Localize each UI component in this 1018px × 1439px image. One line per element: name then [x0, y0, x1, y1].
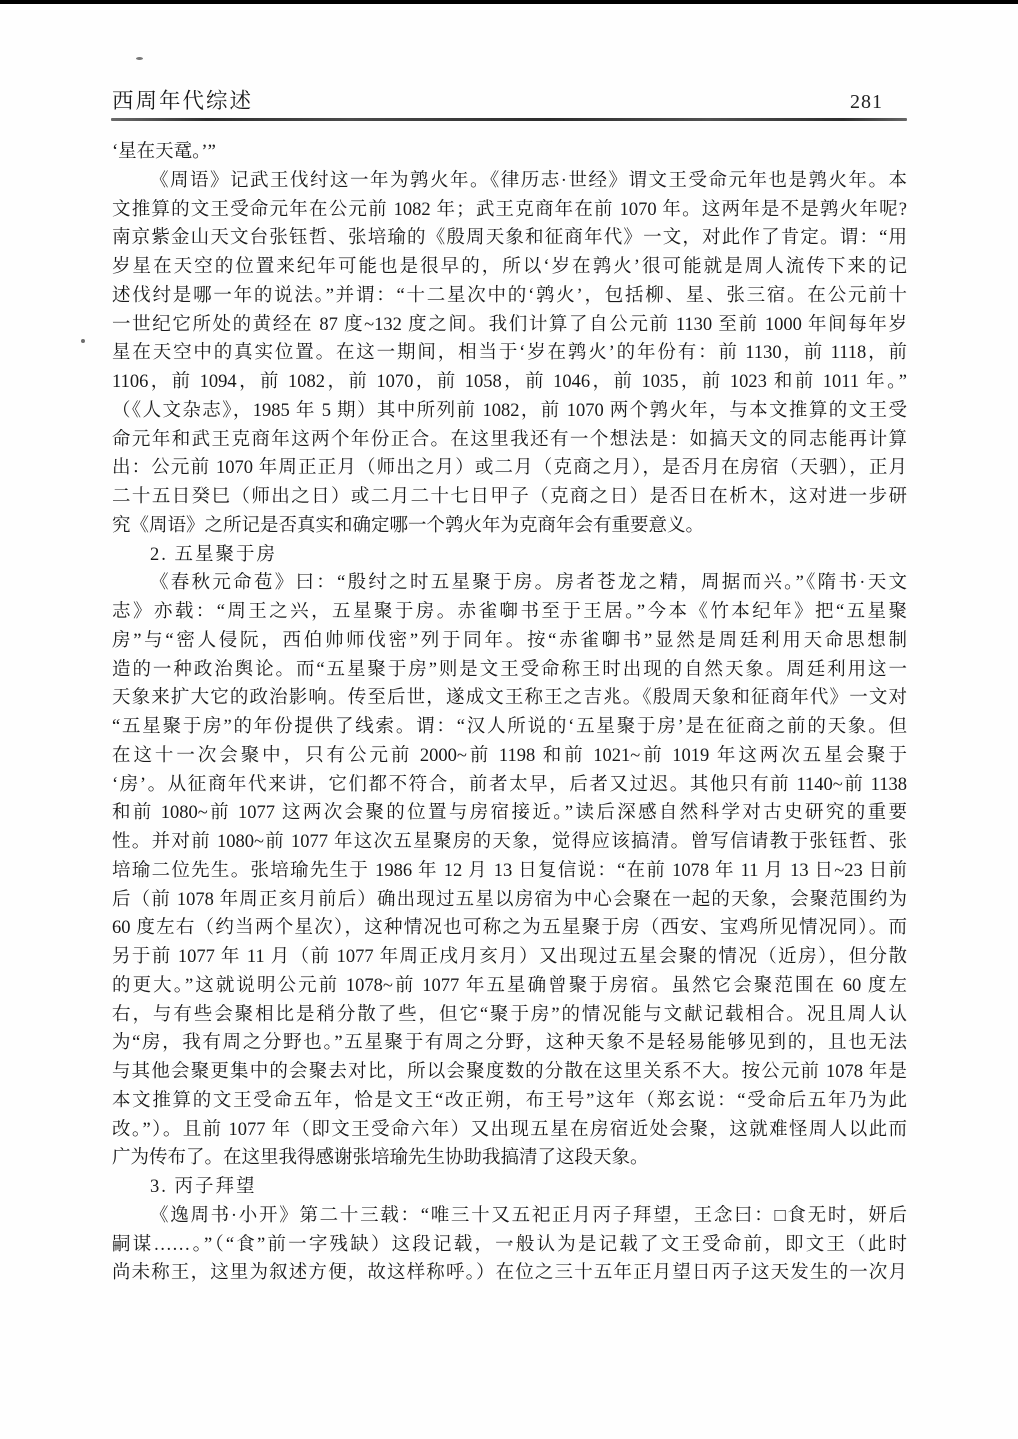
text-line: 培瑜二位先生。张培瑜先生于 1986 年 12 月 13 日复信说：“在前 10…	[112, 857, 907, 886]
text-line: 出：公元前 1070 年周正正月（师出之月）或二月（克商之月），是否月在房宿（天…	[112, 454, 907, 483]
text-line: 为“房，我有周之分野也。”五星聚于有周之分野，这种天象不是轻易能够见到的，且也无…	[112, 1029, 907, 1058]
text-line: ‘星在天鼋。’”	[112, 138, 907, 167]
text-line: 南京紫金山天文台张钰哲、张培瑜的《殷周天象和征商年代》一文，对此作了肯定。谓：“…	[112, 224, 907, 253]
text-line: 另于前 1077 年 11 月（前 1077 年周正戌月亥月）又出现过五星会聚的…	[112, 943, 907, 972]
text-line: 二十五日癸巳（师出之日）或二月二十七日甲子（克商之日）是否日在析木，这对进一步研	[112, 483, 907, 512]
text-line: 本文推算的文王受命五年，恰是文王“改正朔，布王号”这年（郑玄说：“受命后五年乃为…	[112, 1087, 907, 1116]
body-text-block: ‘星在天鼋。’”《周语》记武王伐纣这一年为鹑火年。《律历志·世经》谓文王受命元年…	[112, 138, 907, 1288]
scanned-book-page: 西周年代综述 281 ‘星在天鼋。’”《周语》记武王伐纣这一年为鹑火年。《律历志…	[0, 0, 1018, 1439]
text-line: 广为传布了。在这里我得感谢张培瑜先生协助我搞清了这段天象。	[112, 1144, 907, 1173]
scan-speck	[81, 339, 85, 343]
text-line: 文推算的文王受命元年在公元前 1082 年；武王克商年在前 1070 年。这两年…	[112, 196, 907, 225]
text-line: 改。”）。且前 1077 年（即文王受命六年）又出现五星在房宿近处会聚，这就难怪…	[112, 1116, 907, 1145]
text-line: 后（前 1078 年周正亥月前后）确出现过五星以房宿为中心会聚在一起的天象，会聚…	[112, 886, 907, 915]
text-line: 《逸周书·小开》第二十三载：“唯三十又五祀正月丙子拜望，王念曰：□食无时，妍后	[112, 1202, 907, 1231]
text-line: 《周语》记武王伐纣这一年为鹑火年。《律历志·世经》谓文王受命元年也是鹑火年。本	[112, 167, 907, 196]
text-line: 天象来扩大它的政治影响。传至后世，遂成文王称王之吉兆。《殷周天象和征商年代》一文…	[112, 684, 907, 713]
text-line: 右，与有些会聚相比是稍分散了些，但它“聚于房”的情况能与文献记载相合。况且周人认	[112, 1001, 907, 1030]
text-line: 述伐纣是哪一年的说法。”并谓：“十二星次中的‘鹑火’，包括柳、星、张三宿。在公元…	[112, 282, 907, 311]
text-line: 在这十一次会聚中，只有公元前 2000~前 1198 和前 1021~前 101…	[112, 742, 907, 771]
page-header: 西周年代综述 281	[112, 84, 907, 115]
running-title: 西周年代综述	[112, 84, 253, 115]
section-heading: 3. 丙子拜望	[112, 1173, 907, 1202]
text-line: 与其他会聚更集中的会聚去对比，所以会聚度数的分散在这里关系不大。按公元前 107…	[112, 1058, 907, 1087]
text-line: 尚未称王，这里为叙述方便，故这样称呼。）在位之三十五年正月望日丙子这天发生的一次…	[112, 1259, 907, 1288]
text-line: 岁星在天空的位置来纪年可能也是很早的，所以‘岁在鹑火’很可能就是周人流传下来的记	[112, 253, 907, 282]
text-line: 的更大。”这就说明公元前 1078~前 1077 年五星确曾聚于房宿。虽然它会聚…	[112, 972, 907, 1001]
scan-speck	[136, 57, 143, 60]
text-line: 究《周语》之所记是否真实和确定哪一个鹑火年为克商年会有重要意义。	[112, 512, 907, 541]
page-number: 281	[850, 91, 883, 114]
section-heading: 2. 五星聚于房	[112, 541, 907, 570]
text-line: 和前 1080~前 1077 这两次会聚的位置与房宿接近。”读后深感自然科学对古…	[112, 799, 907, 828]
text-line: 造的一种政治舆论。而“五星聚于房”则是文王受命称王时出现的自然天象。周廷利用这一	[112, 656, 907, 685]
text-line: 1106，前 1094，前 1082，前 1070，前 1058，前 1046，…	[112, 368, 907, 397]
header-rule	[111, 118, 907, 121]
text-line: （《人文杂志》，1985 年 5 期）其中所列前 1082，前 1070 两个鹑…	[112, 397, 907, 426]
text-line: 志》亦载：“周王之兴，五星聚于房。赤雀啣书至于王居。”今本《竹本纪年》把“五星聚	[112, 598, 907, 627]
text-line: 60 度左右（约当两个星次），这种情况也可称之为五星聚于房（西安、宝鸡所见情况同…	[112, 914, 907, 943]
text-line: “五星聚于房”的年份提供了线索。谓：“汉人所说的‘五星聚于房’是在征商之前的天象…	[112, 713, 907, 742]
text-line: 命元年和武王克商年这两个年份正合。在这里我还有一个想法是：如搞天文的同志能再计算	[112, 426, 907, 455]
text-line: ‘房’。从征商年代来讲，它们都不符合，前者太早，后者又过迟。其他只有前 1140…	[112, 771, 907, 800]
text-line: 星在天空中的真实位置。在这一期间，相当于‘岁在鹑火’的年份有：前 1130，前 …	[112, 339, 907, 368]
text-line: 性。并对前 1080~前 1077 年这次五星聚房的天象，觉得应该搞清。曾写信请…	[112, 828, 907, 857]
text-line: 一世纪它所处的黄经在 87 度~132 度之间。我们计算了自公元前 1130 至…	[112, 311, 907, 340]
text-line: 嗣谋……。”（“食”前一字残缺）这段记载，一般认为是记载了文王受命前，即文王（此…	[112, 1231, 907, 1260]
text-line: 房”与“密人侵阮，西伯帅师伐密”列于同年。按“赤雀啣书”显然是周廷利用天命思想制	[112, 627, 907, 656]
text-line: 《春秋元命苞》曰：“殷纣之时五星聚于房。房者苍龙之精，周据而兴。”《隋书·天文	[112, 569, 907, 598]
scan-top-edge-artifact	[0, 0, 1018, 4]
